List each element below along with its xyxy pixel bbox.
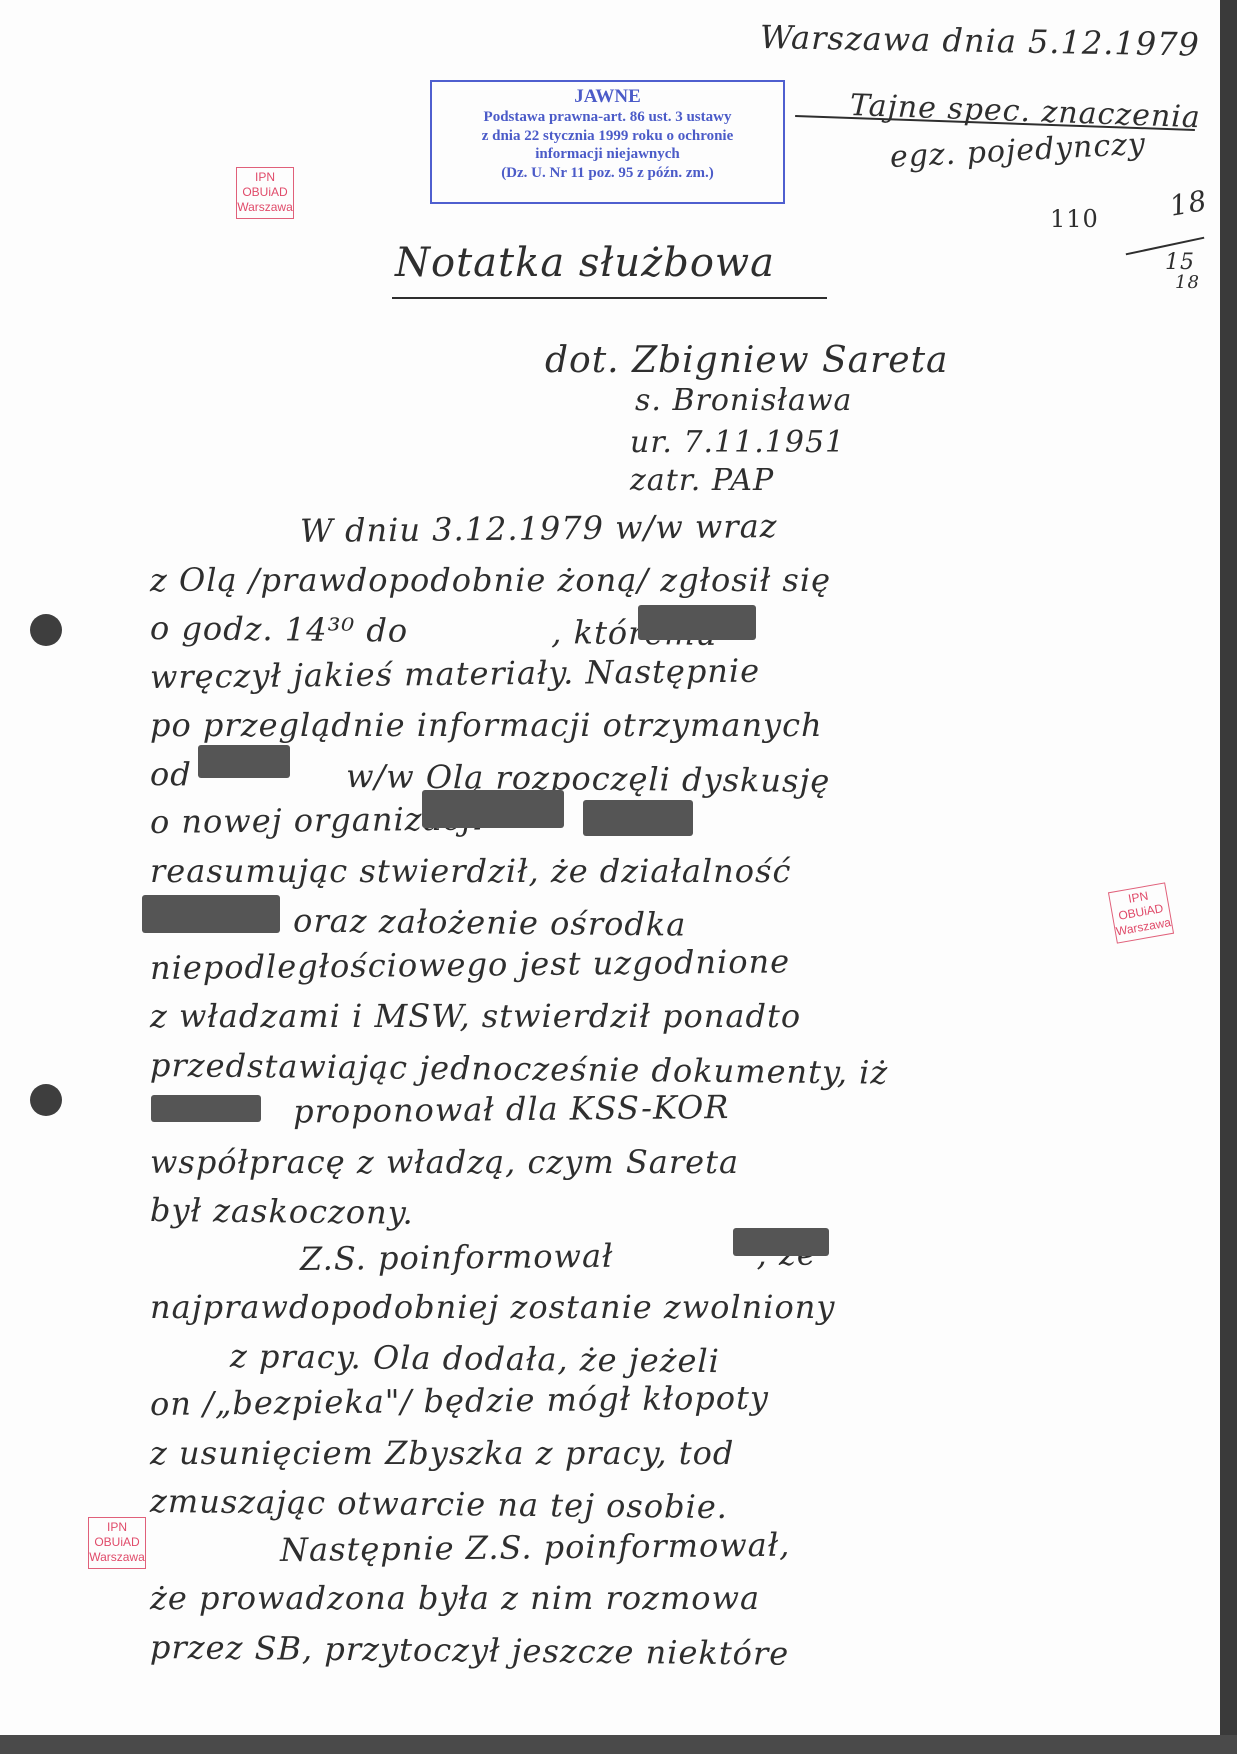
ipn-stamp-line: IPN [237,170,293,185]
scan-edge-right [1220,0,1237,1754]
subject-born: ur. 7.11.1951 [630,425,845,460]
body-line: przedstawiając jednocześnie dokumenty, i… [150,1046,889,1092]
body-line: W dniu 3.12.1979 w/w wraz [300,507,778,550]
document-title: Notatka służbowa [395,240,775,286]
body-line: przez SB, przytoczył jeszcze niektóre [150,1628,790,1673]
redaction-bar [151,1095,261,1122]
body-line: wręczył jakieś materiały. Następnie [150,651,760,695]
stamp-line: z dnia 22 stycznia 1999 roku o ochronie [432,127,783,146]
punch-hole [30,1084,62,1116]
redaction-bar [422,790,564,828]
body-line: Następnie Z.S. poinformował, [280,1525,791,1568]
scan-edge-bottom [0,1735,1237,1754]
body-line: zmuszając otwarcie na tej osobie. [150,1482,728,1526]
subject-name: dot. Zbigniew Sareta [545,340,949,381]
body-line: reasumując stwierdził, że działalność [150,852,791,890]
body-line: o godz. 14³⁰ do , któremu [150,609,718,653]
body-line: z Olą /prawdopodobnie żoną/ zgłosił się [150,561,831,599]
redaction-bar [583,800,693,836]
body-line: z władzami i MSW, stwierdził ponadto [150,997,801,1035]
title-underline [392,297,827,299]
ipn-stamp-line: Warszawa [237,200,293,215]
redaction-bar [638,605,756,640]
redaction-bar [198,745,290,778]
ipn-stamp-line: Warszawa [89,1550,145,1565]
body-line: współpracę z władzą, czym Sareta [150,1143,739,1181]
stamp-line: Podstawa prawna-art. 86 ust. 3 ustawy [432,108,783,127]
body-line: z usunięciem Zbyszka z pracy, tod [150,1434,734,1472]
ipn-stamp: IPN OBUiAD Warszawa [88,1517,146,1569]
ipn-stamp: IPN OBUiAD Warszawa [1108,882,1174,943]
ipn-stamp-line: IPN [89,1520,145,1535]
ipn-stamp-line: OBUiAD [89,1535,145,1550]
body-line: po przeglądnie informacji otrzymanych [150,706,823,744]
body-line: najprawdopodobniej zostanie zwolniony [150,1288,835,1326]
jawne-declassification-stamp: JAWNE Podstawa prawna-art. 86 ust. 3 ust… [430,80,785,204]
margin-mark-3: 18 [1175,272,1200,293]
margin-mark-1: 18 [1167,184,1210,223]
body-line: z pracy. Ola dodała, że jeżeli [230,1337,720,1380]
body-line: był zaskoczony. [150,1191,414,1232]
redaction-bar [733,1228,829,1256]
stamp-line: informacji niejawnych [432,145,783,164]
ipn-stamp-line: OBUiAD [237,185,293,200]
stamp-line: (Dz. U. Nr 11 poz. 95 z późn. zm.) [432,164,783,183]
archive-number: 110 [1050,205,1099,233]
subject-father: s. Bronisława [635,383,852,418]
place-date: Warszawa dnia 5.12.1979 [760,18,1201,64]
body-line: że prowadzona była z nim rozmowa [150,1579,760,1617]
ipn-stamp: IPN OBUiAD Warszawa [236,167,294,219]
stamp-title: JAWNE [432,86,783,108]
punch-hole [30,614,62,646]
body-line: on /„bezpieka"/ będzie mógł kłopoty [150,1379,769,1423]
redaction-bar [142,895,280,933]
body-line: niepodległościowego jest uzgodnione [150,942,790,987]
subject-employer: zatr. PAP [630,463,774,498]
